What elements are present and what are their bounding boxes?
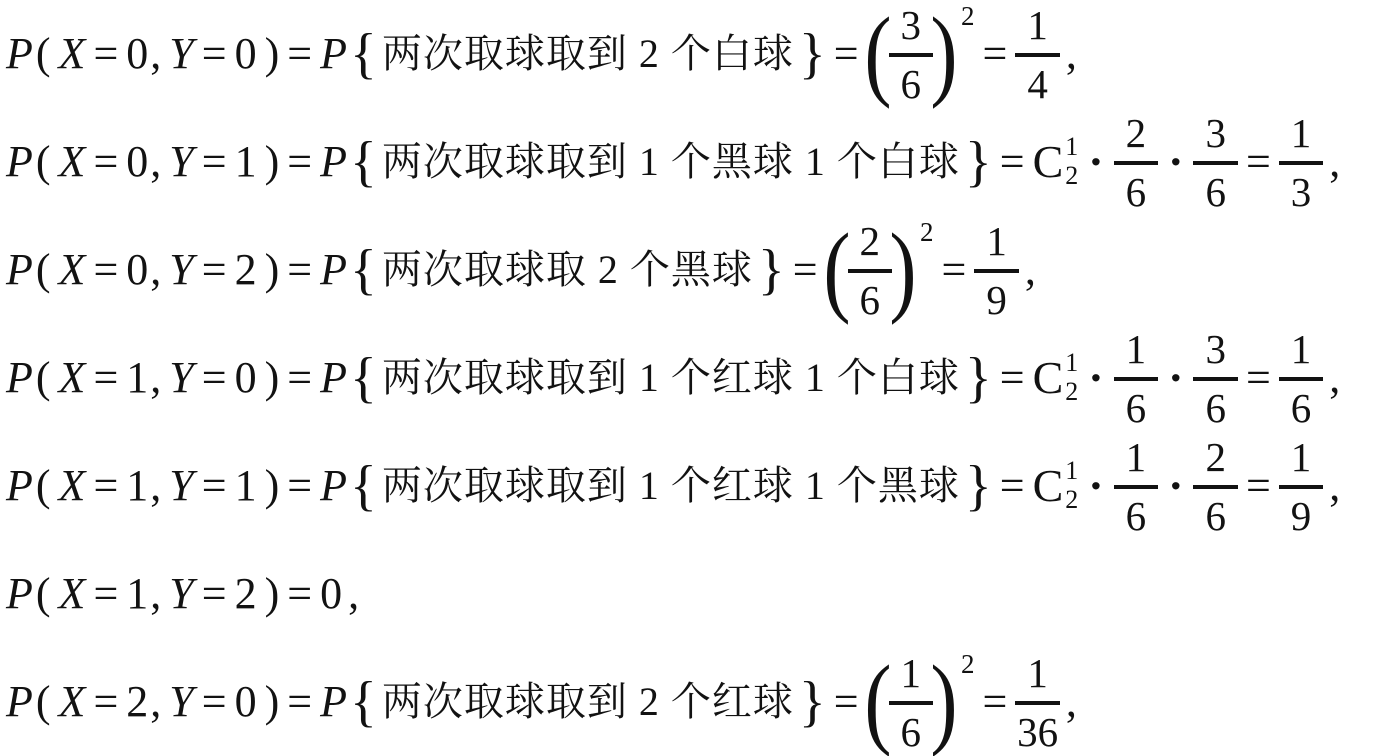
numerator: 1: [974, 219, 1019, 273]
middle-dot: ·: [1168, 355, 1183, 401]
equals-sign: =: [1000, 356, 1025, 400]
close-paren: ): [265, 572, 280, 616]
math-document: P(X=0,Y=0)=P{两次取球取到 2 个白球}=(36)2=14, P(X…: [0, 0, 1381, 756]
equals-sign: =: [287, 140, 312, 184]
equals-sign: =: [983, 32, 1008, 76]
fraction: 16: [1114, 327, 1159, 429]
trailing-comma: ,: [1329, 140, 1340, 184]
equals-sign: =: [1246, 464, 1271, 508]
numerator: 1: [1015, 651, 1060, 705]
y-value: 2: [235, 248, 257, 292]
combination-C21: C12: [1033, 349, 1079, 406]
open-brace: {: [350, 134, 377, 190]
x-value: 1: [126, 356, 148, 400]
open-paren: (: [36, 32, 51, 76]
combination-base: C: [1033, 355, 1064, 401]
close-brace: }: [799, 674, 826, 730]
var-P: P: [6, 140, 33, 184]
event-description: 两次取球取到 1 个黑球 1 个白球: [382, 142, 960, 182]
var-X: X: [59, 248, 86, 292]
var-P: P: [6, 680, 33, 724]
var-P: P: [6, 356, 33, 400]
equals-sign: =: [1246, 140, 1271, 184]
var-P: P: [6, 248, 33, 292]
equals-sign: =: [93, 464, 118, 508]
numerator: 1: [1114, 327, 1159, 381]
var-X: X: [59, 680, 86, 724]
var-Y: Y: [169, 572, 193, 616]
formula-line-3: P(X=0,Y=2)=P{两次取球取 2 个黑球}=(26)2=19,: [6, 216, 1381, 324]
exponent-2: 2: [920, 219, 934, 246]
var-Y: Y: [169, 680, 193, 724]
numerator: 1: [1279, 327, 1324, 381]
result-fraction: 19: [974, 219, 1019, 321]
var-X: X: [59, 356, 86, 400]
x-value: 1: [126, 572, 148, 616]
big-open-paren: (: [823, 219, 850, 321]
var-Y: Y: [169, 140, 193, 184]
close-paren: ): [265, 356, 280, 400]
middle-dot: ·: [1088, 463, 1103, 509]
trailing-comma: ,: [1066, 32, 1077, 76]
comma: ,: [150, 32, 161, 76]
open-paren: (: [36, 464, 51, 508]
x-value: 0: [126, 248, 148, 292]
equals-sign: =: [1246, 356, 1271, 400]
equals-sign: =: [1000, 140, 1025, 184]
equals-sign: =: [202, 140, 227, 184]
denominator: 6: [901, 57, 922, 105]
prob-P: P: [320, 680, 347, 724]
close-brace: }: [965, 134, 992, 190]
middle-dot: ·: [1168, 463, 1183, 509]
formula-line-7: P(X=2,Y=0)=P{两次取球取到 2 个红球}=(16)2=136,: [6, 648, 1381, 756]
denominator: 6: [1126, 489, 1147, 537]
equals-sign: =: [287, 248, 312, 292]
denominator: 9: [986, 273, 1007, 321]
prob-P: P: [320, 248, 347, 292]
equals-sign: =: [202, 572, 227, 616]
denominator: 4: [1027, 57, 1048, 105]
squared-fraction: (36)2: [867, 3, 975, 105]
x-value: 2: [126, 680, 148, 724]
numerator: 3: [1193, 111, 1238, 165]
comma: ,: [150, 140, 161, 184]
combination-scripts: 12: [1065, 349, 1078, 406]
fraction: 26: [1114, 111, 1159, 213]
close-paren: ): [265, 680, 280, 724]
result-fraction: 16: [1279, 327, 1324, 429]
close-brace: }: [965, 350, 992, 406]
prob-P: P: [320, 356, 347, 400]
c-superscript: 1: [1065, 457, 1078, 486]
result-fraction: 19: [1279, 435, 1324, 537]
result-fraction: 14: [1015, 3, 1060, 105]
fraction: 16: [889, 651, 934, 753]
exponent-2: 2: [961, 651, 975, 678]
result-fraction: 13: [1279, 111, 1324, 213]
open-brace: {: [350, 350, 377, 406]
denominator: 3: [1291, 165, 1312, 213]
prob-P: P: [320, 32, 347, 76]
equals-sign: =: [983, 680, 1008, 724]
exponent-2: 2: [961, 3, 975, 30]
c-superscript: 1: [1065, 133, 1078, 162]
denominator: 6: [1205, 381, 1226, 429]
equals-sign: =: [834, 32, 859, 76]
open-brace: {: [350, 458, 377, 514]
var-Y: Y: [169, 32, 193, 76]
fraction: 26: [848, 219, 893, 321]
equals-sign: =: [287, 32, 312, 76]
var-X: X: [59, 140, 86, 184]
event-description: 两次取球取到 2 个白球: [382, 34, 794, 74]
fraction: 36: [1193, 111, 1238, 213]
c-superscript: 1: [1065, 349, 1078, 378]
trailing-comma: ,: [1329, 464, 1340, 508]
x-value: 0: [126, 140, 148, 184]
open-brace: {: [350, 26, 377, 82]
middle-dot: ·: [1088, 139, 1103, 185]
trailing-comma: ,: [1025, 248, 1036, 292]
numerator: 1: [1114, 435, 1159, 489]
var-X: X: [59, 32, 86, 76]
open-brace: {: [350, 674, 377, 730]
trailing-comma: ,: [348, 572, 359, 616]
fraction: 16: [1114, 435, 1159, 537]
big-close-paren: ): [930, 3, 957, 105]
denominator: 36: [1017, 705, 1058, 753]
equals-sign: =: [942, 248, 967, 292]
big-close-paren: ): [889, 219, 916, 321]
event-description: 两次取球取到 1 个红球 1 个黑球: [382, 466, 960, 506]
big-close-paren: ): [930, 651, 957, 753]
equals-sign: =: [93, 680, 118, 724]
denominator: 6: [1126, 165, 1147, 213]
combination-C21: C12: [1033, 133, 1079, 190]
equals-sign: =: [202, 680, 227, 724]
equals-sign: =: [93, 32, 118, 76]
x-value: 0: [126, 32, 148, 76]
c-subscript: 2: [1065, 486, 1078, 515]
numerator: 2: [1114, 111, 1159, 165]
equals-sign: =: [93, 572, 118, 616]
y-value: 0: [235, 32, 257, 76]
comma: ,: [150, 680, 161, 724]
big-open-paren: (: [864, 3, 891, 105]
combination-scripts: 12: [1065, 133, 1078, 190]
big-open-paren: (: [864, 651, 891, 753]
c-subscript: 2: [1065, 162, 1078, 191]
equals-sign: =: [202, 248, 227, 292]
combination-scripts: 12: [1065, 457, 1078, 514]
formula-line-4: P(X=1,Y=0)=P{两次取球取到 1 个红球 1 个白球}=C12·16·…: [6, 324, 1381, 432]
denominator: 6: [1126, 381, 1147, 429]
numerator: 1: [1015, 3, 1060, 57]
numerator: 2: [1193, 435, 1238, 489]
var-X: X: [59, 464, 86, 508]
equals-sign: =: [287, 572, 312, 616]
comma: ,: [150, 356, 161, 400]
open-paren: (: [36, 356, 51, 400]
close-brace: }: [758, 242, 785, 298]
squared-fraction: (26)2: [826, 219, 934, 321]
y-value: 0: [235, 680, 257, 724]
fraction: 36: [889, 3, 934, 105]
comma: ,: [150, 464, 161, 508]
var-Y: Y: [169, 356, 193, 400]
comma: ,: [150, 572, 161, 616]
var-Y: Y: [169, 464, 193, 508]
close-paren: ): [265, 248, 280, 292]
close-paren: ): [265, 464, 280, 508]
formula-line-5: P(X=1,Y=1)=P{两次取球取到 1 个红球 1 个黑球}=C12·16·…: [6, 432, 1381, 540]
numerator: 1: [1279, 111, 1324, 165]
event-description: 两次取球取到 1 个红球 1 个白球: [382, 358, 960, 398]
equals-sign: =: [287, 356, 312, 400]
denominator: 6: [901, 705, 922, 753]
close-brace: }: [965, 458, 992, 514]
numerator: 1: [1279, 435, 1324, 489]
formula-line-1: P(X=0,Y=0)=P{两次取球取到 2 个白球}=(36)2=14,: [6, 0, 1381, 108]
numerator: 1: [889, 651, 934, 705]
formula-line-6: P(X=1,Y=2)=0,: [6, 540, 1381, 648]
denominator: 6: [1205, 165, 1226, 213]
prob-P: P: [320, 464, 347, 508]
var-X: X: [59, 572, 86, 616]
numerator: 2: [848, 219, 893, 273]
equals-sign: =: [287, 680, 312, 724]
y-value: 1: [235, 140, 257, 184]
denominator: 6: [1291, 381, 1312, 429]
combination-base: C: [1033, 139, 1064, 185]
prob-P: P: [320, 140, 347, 184]
event-description: 两次取球取到 2 个红球: [382, 682, 794, 722]
close-paren: ): [265, 140, 280, 184]
equals-sign: =: [834, 680, 859, 724]
var-P: P: [6, 572, 33, 616]
middle-dot: ·: [1088, 355, 1103, 401]
equals-sign: =: [202, 356, 227, 400]
x-value: 1: [126, 464, 148, 508]
close-paren: ): [265, 32, 280, 76]
open-paren: (: [36, 140, 51, 184]
equals-sign: =: [287, 464, 312, 508]
var-Y: Y: [169, 248, 193, 292]
open-paren: (: [36, 680, 51, 724]
combination-base: C: [1033, 463, 1064, 509]
zero-value: 0: [320, 572, 342, 616]
event-description: 两次取球取 2 个黑球: [382, 250, 753, 290]
equals-sign: =: [793, 248, 818, 292]
trailing-comma: ,: [1066, 680, 1077, 724]
formula-line-2: P(X=0,Y=1)=P{两次取球取到 1 个黑球 1 个白球}=C12·26·…: [6, 108, 1381, 216]
numerator: 3: [889, 3, 934, 57]
var-P: P: [6, 464, 33, 508]
denominator: 9: [1291, 489, 1312, 537]
combination-C21: C12: [1033, 457, 1079, 514]
equals-sign: =: [1000, 464, 1025, 508]
equals-sign: =: [93, 248, 118, 292]
c-subscript: 2: [1065, 378, 1078, 407]
y-value: 1: [235, 464, 257, 508]
trailing-comma: ,: [1329, 356, 1340, 400]
open-brace: {: [350, 242, 377, 298]
denominator: 6: [1205, 489, 1226, 537]
squared-fraction: (16)2: [867, 651, 975, 753]
equals-sign: =: [202, 32, 227, 76]
open-paren: (: [36, 248, 51, 292]
fraction: 26: [1193, 435, 1238, 537]
equals-sign: =: [202, 464, 227, 508]
comma: ,: [150, 248, 161, 292]
y-value: 2: [235, 572, 257, 616]
fraction: 36: [1193, 327, 1238, 429]
middle-dot: ·: [1168, 139, 1183, 185]
result-fraction: 136: [1015, 651, 1060, 753]
equals-sign: =: [93, 140, 118, 184]
open-paren: (: [36, 572, 51, 616]
equals-sign: =: [93, 356, 118, 400]
denominator: 6: [860, 273, 881, 321]
y-value: 0: [235, 356, 257, 400]
var-P: P: [6, 32, 33, 76]
numerator: 3: [1193, 327, 1238, 381]
close-brace: }: [799, 26, 826, 82]
